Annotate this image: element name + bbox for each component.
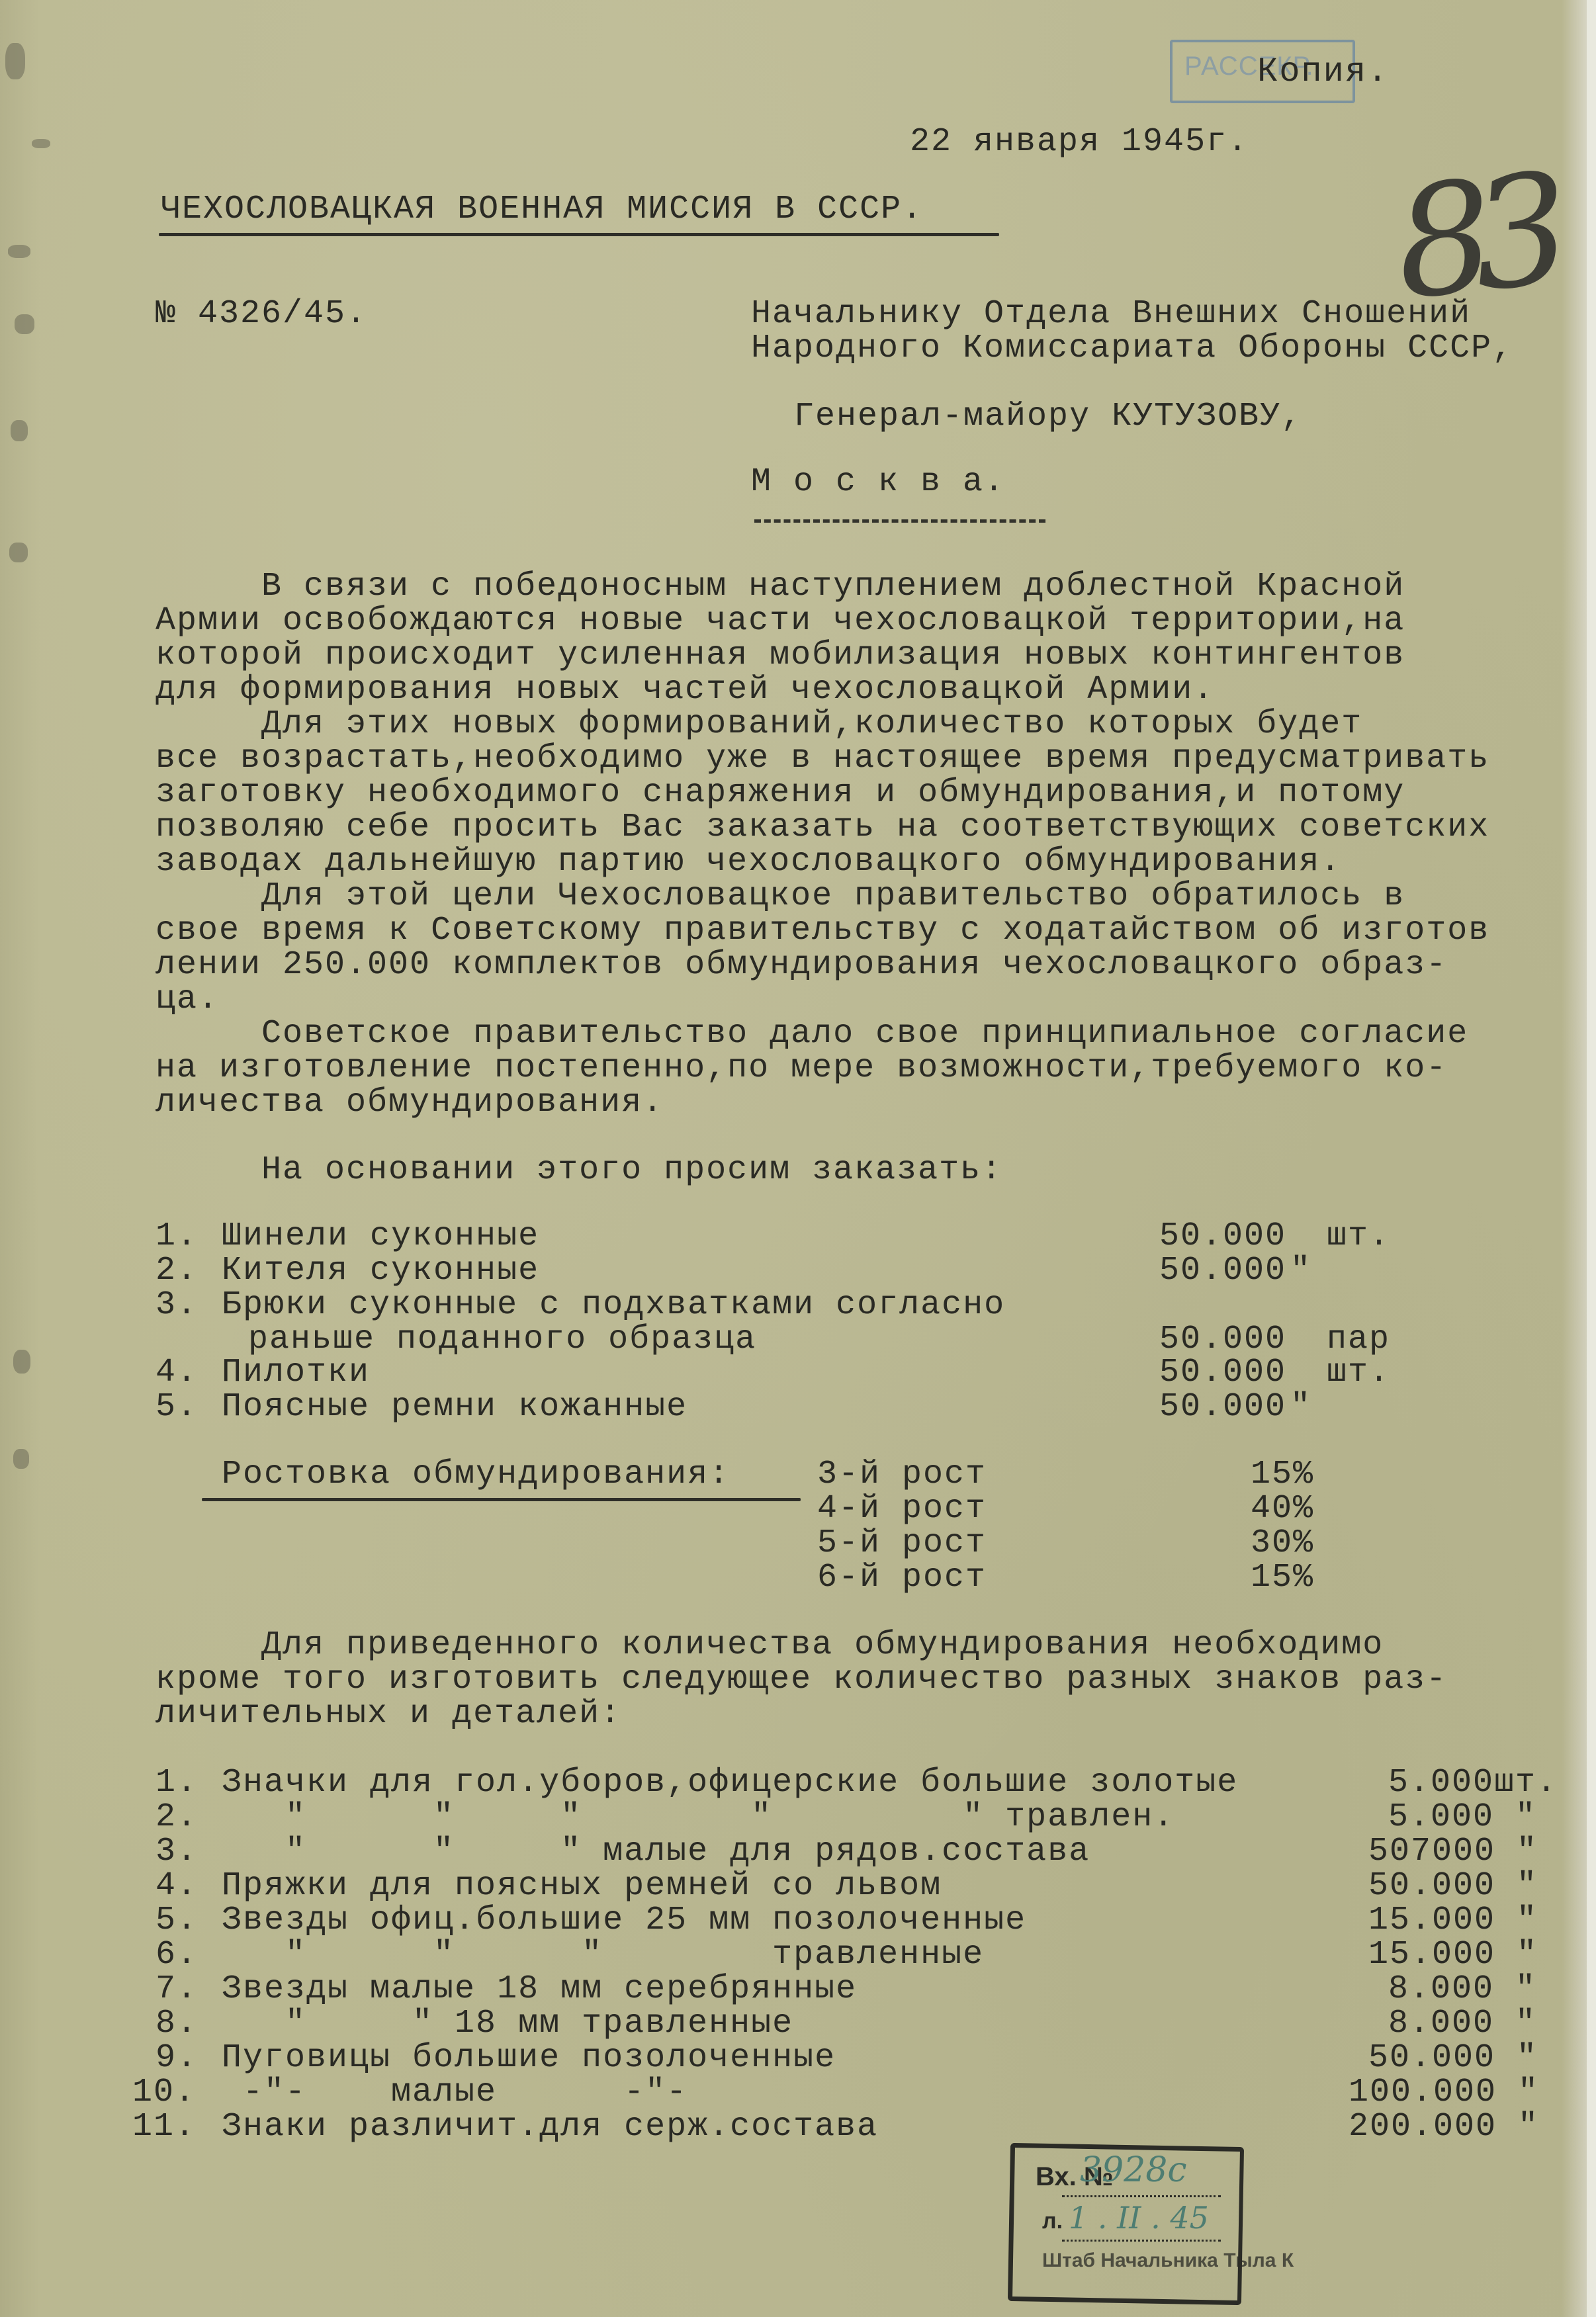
item-name: Значки для гол.уборов,офицерские большие… — [222, 1765, 1238, 1801]
item-quantity: 50.000 " — [1368, 1868, 1538, 1904]
item-number: 9. — [155, 2040, 198, 2076]
text-line: личительных и деталей: — [155, 1696, 621, 1732]
text-line: все возрастать,необходимо уже в настояще… — [155, 741, 1489, 777]
item-number: 1. — [155, 1219, 198, 1254]
binding-hole — [11, 420, 28, 441]
item-name: Поясные ремни кожанные — [222, 1389, 687, 1425]
size-label: 4-й рост — [817, 1491, 987, 1527]
text-line: для формирования новых частей чехословац… — [155, 672, 1214, 708]
document-date: 22 января 1945г. — [910, 124, 1249, 160]
item-name: Звезды малые 18 мм серебрянные — [222, 1972, 857, 2007]
item-number: 3. — [155, 1288, 198, 1323]
item-quantity: 200.000 " — [1349, 2109, 1539, 2145]
text-line: Для этой цели Чехословацкое правительств… — [155, 879, 1405, 914]
item-name: Кителя суконные — [222, 1253, 539, 1289]
incoming-number: 3928с — [1080, 2150, 1186, 2190]
item-quantity: 50.000 — [1159, 1322, 1286, 1358]
item-name: Пряжки для поясных ремней со львом — [222, 1868, 942, 1904]
binding-hole — [9, 543, 28, 562]
addressee-line-1: Начальнику Отдела Внешних Сношений — [751, 296, 1471, 332]
scan-edge — [1587, 0, 1596, 2317]
item-quantity: 50.000 — [1159, 1355, 1286, 1391]
item-unit: шт. — [1327, 1219, 1390, 1254]
text-line: личества обмундирования. — [155, 1085, 664, 1121]
stamp-label-l: л. — [1042, 2208, 1063, 2234]
binding-hole — [32, 139, 50, 148]
text-line: на изготовление постепенно,по мере возмо… — [155, 1051, 1447, 1086]
stamp-line — [1062, 2195, 1221, 2197]
item-number: 5. — [155, 1389, 198, 1425]
item-unit: " — [1290, 1253, 1311, 1289]
text-line: Для этих новых формирований,количество к… — [155, 707, 1362, 742]
folio-number: 83 — [1390, 164, 1556, 312]
size-percent: 15% — [1251, 1560, 1314, 1596]
addressee-line-2: Народного Комиссариата Обороны СССР, — [751, 331, 1513, 367]
item-quantity: 50.000 " — [1368, 2040, 1538, 2076]
item-number: 4. — [155, 1868, 198, 1904]
item-name: " " " малые для рядов.состава — [222, 1834, 1090, 1870]
size-label: 5-й рост — [817, 1526, 987, 1561]
item-number: 3. — [155, 1834, 198, 1870]
item-name: Пуговицы большие позолоченные — [222, 2040, 836, 2076]
binding-hole — [15, 314, 34, 334]
size-label: 6-й рост — [817, 1560, 987, 1596]
document-number: № 4326/45. — [155, 296, 367, 332]
item-quantity: 15.000 " — [1368, 1903, 1538, 1939]
text-line: кроме того изготовить следующее количест… — [155, 1662, 1447, 1698]
binding-hole — [13, 1350, 30, 1374]
item-quantity: 5.000шт. — [1388, 1765, 1558, 1801]
item-unit: шт. — [1327, 1355, 1390, 1391]
sender-underline — [159, 233, 999, 236]
text-line: которой происходит усиленная мобилизация… — [155, 638, 1405, 674]
incoming-date: 1 . II . 45 — [1069, 2200, 1209, 2236]
item-name: Шинели суконные — [222, 1219, 539, 1254]
request-intro: На основании этого просим заказать: — [155, 1153, 1002, 1188]
text-line: Советское правительство дало свое принци… — [155, 1016, 1468, 1052]
stamp-line — [1062, 2240, 1221, 2242]
item-number: 8. — [155, 2006, 198, 2042]
sizing-label: Ростовка обмундирования: — [222, 1457, 730, 1493]
item-number: 2. — [155, 1253, 198, 1289]
item-name: " " 18 мм травленные — [222, 2006, 793, 2042]
text-line: ца. — [155, 982, 219, 1018]
item-number: 2. — [155, 1800, 198, 1835]
item-name: Пилотки — [222, 1355, 370, 1391]
item-number: 10. — [132, 2075, 196, 2111]
copy-mark: Копия. — [1257, 54, 1389, 90]
binding-hole — [8, 245, 30, 258]
item-number: 11. — [132, 2109, 196, 2145]
size-percent: 40% — [1251, 1491, 1314, 1527]
item-quantity: 50.000 — [1159, 1253, 1286, 1289]
item-quantity: 50.000 — [1159, 1219, 1286, 1254]
binding-hole — [13, 1449, 29, 1469]
text-line: заготовку необходимого снаряжения и обму… — [155, 775, 1405, 811]
item-name: раньше поданного образца — [248, 1322, 756, 1358]
item-quantity: 15.000 " — [1368, 1937, 1538, 1973]
text-line: лении 250.000 комплектов обмундирования … — [155, 947, 1447, 983]
item-name: Брюки суконные с подхватками согласно — [222, 1288, 1005, 1323]
text-line: Армии освобождаются новые части чехослов… — [155, 603, 1405, 639]
item-unit: " — [1290, 1389, 1311, 1425]
size-percent: 30% — [1251, 1526, 1314, 1561]
text-line: свое время к Советскому правительству с … — [155, 913, 1489, 949]
item-quantity: 5.000 " — [1388, 1800, 1536, 1835]
item-name: -"- малые -"- — [222, 2075, 687, 2111]
city-underline — [754, 519, 1045, 523]
text-line: В связи с победоносным наступлением добл… — [155, 569, 1405, 605]
stamp-org: Штаб Начальника Тыла К — [1042, 2250, 1294, 2272]
size-label: 3-й рост — [817, 1457, 987, 1493]
addressee-line-3: Генерал-майору КУТУЗОВУ, — [794, 399, 1302, 435]
item-quantity: 50.000 — [1159, 1389, 1286, 1425]
binding-hole — [5, 43, 25, 79]
sender-organization: ЧЕХОСЛОВАЦКАЯ ВОЕННАЯ МИССИЯ В СССР. — [161, 192, 923, 228]
item-number: 5. — [155, 1903, 198, 1939]
item-name: Знаки различит.для серж.состава — [222, 2109, 878, 2145]
text-line: позволяю себе просить Вас заказать на со… — [155, 810, 1489, 846]
item-name: " " " травленные — [222, 1937, 984, 1973]
text-line: Для приведенного количества обмундирован… — [155, 1628, 1384, 1663]
item-name: " " " " " травлен. — [222, 1800, 1175, 1835]
size-percent: 15% — [1251, 1457, 1314, 1493]
item-number: 7. — [155, 1972, 198, 2007]
item-quantity: 100.000 " — [1349, 2075, 1539, 2111]
addressee-city: М о с к в а. — [751, 464, 1005, 500]
text-line: заводах дальнейшую партию чехословацкого… — [155, 844, 1341, 880]
item-name: Звезды офиц.большие 25 мм позолоченные — [222, 1903, 1026, 1939]
item-quantity: 507000 " — [1368, 1834, 1538, 1870]
item-quantity: 8.000 " — [1388, 2006, 1536, 2042]
sizing-underline — [202, 1498, 801, 1501]
item-number: 4. — [155, 1355, 198, 1391]
item-number: 6. — [155, 1937, 198, 1973]
item-unit: пар — [1327, 1322, 1390, 1358]
item-number: 1. — [155, 1765, 198, 1801]
document-page: РАССЕКР. Копия. 83 22 января 1945г. ЧЕХО… — [0, 0, 1596, 2317]
item-quantity: 8.000 " — [1388, 1972, 1536, 2007]
